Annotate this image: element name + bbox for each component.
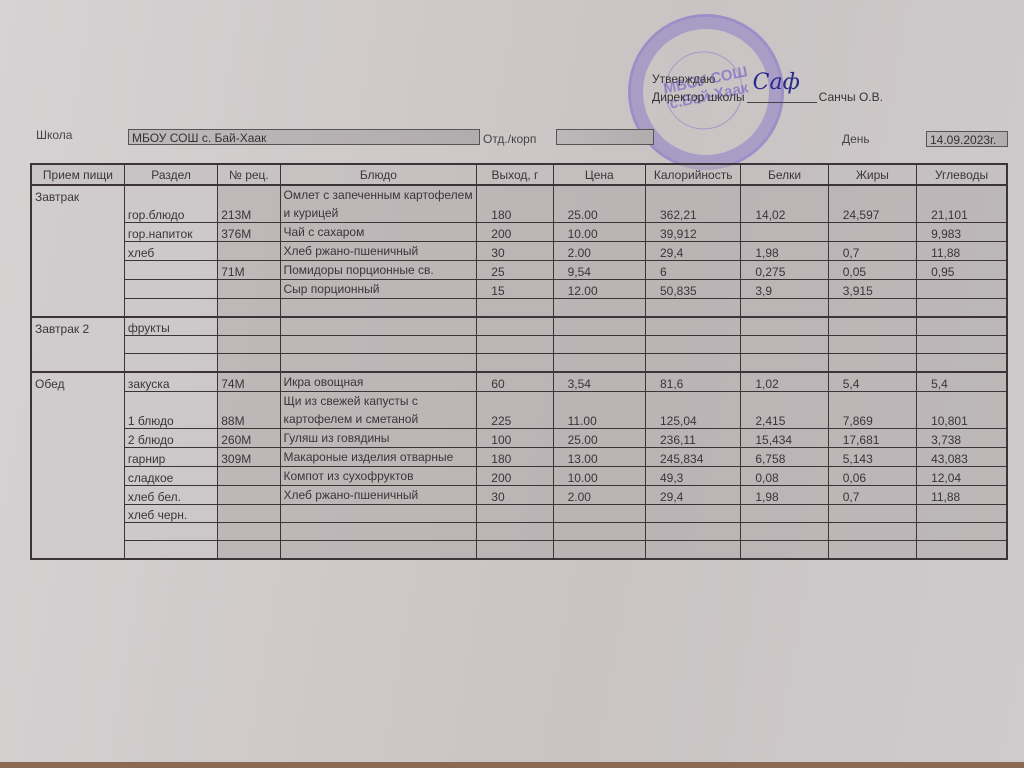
fat-cell: 0,06 [828,467,916,486]
carbs-cell: 9,983 [917,223,1007,242]
yield-cell: 30 [477,242,553,261]
dish-cell [280,354,477,373]
dish-cell: Помидоры порционные св. [280,261,477,280]
yield-cell: 200 [477,467,553,486]
fat-cell: 24,597 [828,185,916,223]
protein-cell: 3,9 [741,280,828,299]
fat-cell: 5,4 [828,372,916,392]
table-row: гарнир309ММакароные изделия отварные1801… [31,448,1007,467]
section-cell: 1 блюдо [124,392,217,429]
protein-cell: 1,98 [741,486,828,505]
kcal-cell [645,505,740,523]
carbs-cell [917,541,1007,560]
table-header-row: Прием пищиРаздел№ рец.БлюдоВыход, гЦенаК… [31,164,1007,185]
section-cell [124,336,217,354]
protein-cell: 15,434 [741,429,828,448]
recipe-cell: 213М [218,185,280,223]
dish-cell: Сыр порционный [280,280,477,299]
section-cell: хлеб [124,242,217,261]
section-cell [124,354,217,373]
yield-cell [477,541,553,560]
dish-cell [280,336,477,354]
carbs-cell [917,336,1007,354]
kcal-cell [645,523,740,541]
carbs-cell: 0,95 [917,261,1007,280]
section-cell [124,299,217,318]
dept-label: Отд./корп [483,132,536,146]
protein-cell [741,523,828,541]
table-row: Завтракгор.блюдо213МОмлет с запеченным к… [31,185,1007,223]
kcal-cell [645,336,740,354]
yield-cell [477,505,553,523]
dish-cell [280,523,477,541]
meal-cell: Завтрак 2 [31,317,124,372]
approval-block: Утверждаю Директор школы Саф Санчы О.В. [652,70,883,106]
recipe-cell [218,541,280,560]
recipe-cell [218,317,280,336]
table-body: Завтракгор.блюдо213МОмлет с запеченным к… [31,185,1007,559]
section-cell: закуска [124,372,217,392]
section-cell: фрукты [124,317,217,336]
yield-cell: 100 [477,429,553,448]
carbs-cell: 21,101 [917,185,1007,223]
signature-line: Саф [747,102,817,103]
fat-cell [828,336,916,354]
carbs-cell [917,523,1007,541]
recipe-cell: 260М [218,429,280,448]
table-row: сладкоеКомпот из сухофруктов20010.0049,3… [31,467,1007,486]
section-cell [124,523,217,541]
kcal-cell: 49,3 [645,467,740,486]
protein-cell [741,541,828,560]
price-cell: 9,54 [553,261,645,280]
fat-cell [828,354,916,373]
dish-cell: Омлет с запеченным картофелем и курицей [280,185,477,223]
fat-cell: 7,869 [828,392,916,429]
section-cell: сладкое [124,467,217,486]
section-cell: хлеб бел. [124,486,217,505]
price-cell [553,523,645,541]
recipe-cell [218,280,280,299]
column-header: Прием пищи [31,164,124,185]
column-header: Углеводы [917,164,1007,185]
fat-cell [828,317,916,336]
protein-cell: 14,02 [741,185,828,223]
kcal-cell: 39,912 [645,223,740,242]
table-row [31,336,1007,354]
section-cell: хлеб черн. [124,505,217,523]
protein-cell [741,336,828,354]
table-row [31,354,1007,373]
carbs-cell: 11,88 [917,242,1007,261]
kcal-cell: 245,834 [645,448,740,467]
carbs-cell [917,299,1007,318]
dept-field [556,129,654,145]
price-cell: 12.00 [553,280,645,299]
table-row: хлеб черн. [31,505,1007,523]
day-label: День [842,132,870,146]
dish-cell: Икра овощная [280,372,477,392]
price-cell [553,505,645,523]
dish-cell [280,541,477,560]
carbs-cell: 11,88 [917,486,1007,505]
protein-cell [741,505,828,523]
fat-cell: 0,05 [828,261,916,280]
yield-cell: 200 [477,223,553,242]
section-cell: гор.напиток [124,223,217,242]
recipe-cell [218,467,280,486]
menu-table: Прием пищиРаздел№ рец.БлюдоВыход, гЦенаК… [30,163,1008,560]
day-field: 14.09.2023г. [926,131,1008,147]
dish-cell [280,299,477,318]
school-field: МБОУ СОШ с. Бай-Хаак [128,129,480,145]
dish-cell: Хлеб ржано-пшеничный [280,486,477,505]
kcal-cell: 81,6 [645,372,740,392]
fat-cell [828,523,916,541]
carbs-cell: 12,04 [917,467,1007,486]
director-label: Директор школы [652,88,745,106]
price-cell [553,317,645,336]
column-header: Жиры [828,164,916,185]
protein-cell: 0,08 [741,467,828,486]
signature: Саф [753,74,800,92]
price-cell [553,354,645,373]
kcal-cell: 236,11 [645,429,740,448]
protein-cell: 1,98 [741,242,828,261]
protein-cell: 0,275 [741,261,828,280]
recipe-cell: 71М [218,261,280,280]
kcal-cell [645,354,740,373]
yield-cell [477,299,553,318]
recipe-cell [218,336,280,354]
table-row: Обедзакуска74МИкра овощная603,5481,61,02… [31,372,1007,392]
fat-cell: 0,7 [828,242,916,261]
yield-cell: 25 [477,261,553,280]
column-header: Белки [741,164,828,185]
kcal-cell: 362,21 [645,185,740,223]
table-row: 71МПомидоры порционные св.259,5460,2750,… [31,261,1007,280]
table-row [31,299,1007,318]
recipe-cell [218,299,280,318]
recipe-cell: 74М [218,372,280,392]
protein-cell [741,299,828,318]
table-row: гор.напиток376МЧай с сахаром20010.0039,9… [31,223,1007,242]
fat-cell [828,223,916,242]
price-cell: 11.00 [553,392,645,429]
recipe-cell: 88М [218,392,280,429]
column-header: Выход, г [477,164,553,185]
fat-cell [828,299,916,318]
price-cell: 10.00 [553,467,645,486]
meal-cell: Завтрак [31,185,124,317]
column-header: Калорийность [645,164,740,185]
recipe-cell [218,354,280,373]
carbs-cell [917,280,1007,299]
protein-cell: 1,02 [741,372,828,392]
director-name: Санчы О.В. [819,88,883,106]
table-row: 1 блюдо88МЩи из свежей капусты с картофе… [31,392,1007,429]
yield-cell [477,523,553,541]
price-cell: 2.00 [553,242,645,261]
protein-cell [741,223,828,242]
column-header: Блюдо [280,164,477,185]
price-cell: 3,54 [553,372,645,392]
recipe-cell [218,242,280,261]
table-row: Сыр порционный1512.0050,8353,93,915 [31,280,1007,299]
kcal-cell: 125,04 [645,392,740,429]
column-header: Раздел [124,164,217,185]
carbs-cell: 5,4 [917,372,1007,392]
price-cell [553,299,645,318]
dish-cell: Компот из сухофруктов [280,467,477,486]
kcal-cell [645,299,740,318]
recipe-cell [218,486,280,505]
dish-cell: Гуляш из говядины [280,429,477,448]
protein-cell: 6,758 [741,448,828,467]
carbs-cell: 43,083 [917,448,1007,467]
section-cell [124,261,217,280]
yield-cell: 225 [477,392,553,429]
price-cell: 10.00 [553,223,645,242]
table-row: Завтрак 2фрукты [31,317,1007,336]
yield-cell [477,317,553,336]
kcal-cell [645,541,740,560]
table-row: хлебХлеб ржано-пшеничный302.0029,41,980,… [31,242,1007,261]
table-row: 2 блюдо260МГуляш из говядины10025.00236,… [31,429,1007,448]
carbs-cell [917,505,1007,523]
column-header: Цена [553,164,645,185]
school-label: Школа [36,128,72,142]
price-cell: 25.00 [553,429,645,448]
recipe-cell: 309М [218,448,280,467]
fat-cell: 17,681 [828,429,916,448]
carbs-cell: 10,801 [917,392,1007,429]
fat-cell: 0,7 [828,486,916,505]
price-cell: 13.00 [553,448,645,467]
dish-cell: Щи из свежей капусты с картофелем и смет… [280,392,477,429]
price-cell [553,541,645,560]
price-cell [553,336,645,354]
table-row: хлеб бел.Хлеб ржано-пшеничный302.0029,41… [31,486,1007,505]
meal-cell: Обед [31,372,124,559]
carbs-cell: 3,738 [917,429,1007,448]
yield-cell: 15 [477,280,553,299]
dish-cell: Хлеб ржано-пшеничный [280,242,477,261]
dish-cell [280,505,477,523]
fat-cell: 3,915 [828,280,916,299]
yield-cell: 180 [477,448,553,467]
kcal-cell: 29,4 [645,242,740,261]
kcal-cell: 29,4 [645,486,740,505]
price-cell: 2.00 [553,486,645,505]
yield-cell: 60 [477,372,553,392]
dish-cell [280,317,477,336]
fat-cell [828,541,916,560]
protein-cell [741,317,828,336]
yield-cell: 30 [477,486,553,505]
yield-cell [477,336,553,354]
column-header: № рец. [218,164,280,185]
section-cell [124,541,217,560]
dish-cell: Чай с сахаром [280,223,477,242]
dish-cell: Макароные изделия отварные [280,448,477,467]
yield-cell [477,354,553,373]
table-row [31,523,1007,541]
fat-cell [828,505,916,523]
kcal-cell [645,317,740,336]
section-cell: 2 блюдо [124,429,217,448]
table-row [31,541,1007,560]
protein-cell [741,354,828,373]
kcal-cell: 6 [645,261,740,280]
carbs-cell [917,354,1007,373]
carbs-cell [917,317,1007,336]
price-cell: 25.00 [553,185,645,223]
yield-cell: 180 [477,185,553,223]
recipe-cell [218,505,280,523]
recipe-cell [218,523,280,541]
section-cell: гарнир [124,448,217,467]
recipe-cell: 376М [218,223,280,242]
desk-edge [0,762,1024,768]
fat-cell: 5,143 [828,448,916,467]
protein-cell: 2,415 [741,392,828,429]
section-cell: гор.блюдо [124,185,217,223]
kcal-cell: 50,835 [645,280,740,299]
section-cell [124,280,217,299]
